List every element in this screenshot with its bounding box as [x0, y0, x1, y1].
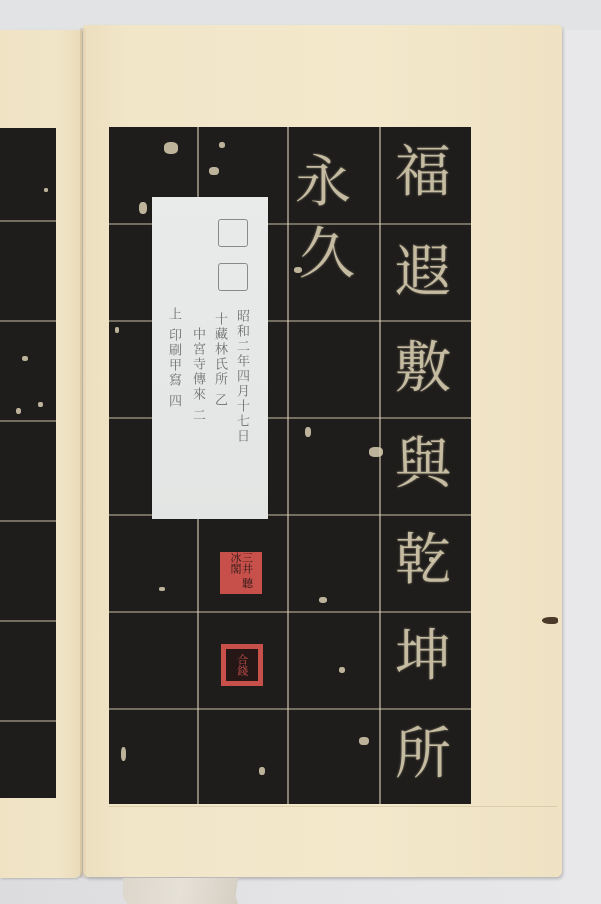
speck [121, 747, 126, 761]
rubbing-character: 敷 [395, 341, 451, 397]
grid-line [0, 720, 56, 722]
book-gutter [80, 28, 86, 878]
rubbing-character: 所 [395, 727, 451, 783]
grid-line [109, 611, 471, 613]
rubbing-character: 福 [395, 145, 451, 201]
speck [259, 767, 265, 775]
grid-line [287, 127, 289, 804]
speck [115, 327, 119, 333]
left-page [0, 30, 82, 878]
blank-box [218, 263, 248, 291]
speck [359, 737, 369, 745]
speck [319, 597, 327, 603]
rubbing-character: 永 [295, 155, 351, 211]
speck [16, 408, 21, 414]
grid-line [0, 520, 56, 522]
handwritten-label-slip: 昭和二年四月十七日 十藏林氏所 乙 中宮寺傳來 二 上 印刷甲寫 四 [152, 197, 268, 519]
slip-text-column: 昭和二年四月十七日 [232, 309, 251, 444]
speck [164, 142, 178, 154]
tape-fragment [123, 878, 238, 904]
speck [44, 188, 48, 192]
rubbing-character: 與 [395, 437, 451, 493]
speck [159, 587, 165, 591]
grid-line [0, 220, 56, 222]
speck [38, 402, 43, 407]
red-seal-bordered: 合錢 [221, 644, 263, 686]
slip-text-column: 上 印刷甲寫 四 [164, 307, 183, 409]
rubbing-character: 遐 [395, 245, 451, 301]
speck [219, 142, 225, 148]
slip-text-column: 中宮寺傳來 二 [188, 327, 207, 423]
red-seal-square: 三井 聽冰閣 [220, 552, 262, 594]
speck [209, 167, 219, 175]
rubbing-character: 乾 [395, 533, 451, 589]
blank-box [218, 219, 248, 247]
left-rubbing-panel [0, 128, 56, 798]
grid-line [109, 708, 471, 710]
speck [369, 447, 383, 457]
speck [305, 427, 311, 437]
rubbing-character: 久 [299, 227, 355, 283]
page-tab-mark [542, 617, 558, 624]
grid-line [0, 320, 56, 322]
grid-line [379, 127, 381, 804]
rubbing-character: 坤 [395, 629, 451, 685]
speck [139, 202, 147, 214]
grid-line [0, 420, 56, 422]
slip-text-column: 十藏林氏所 乙 [210, 312, 229, 408]
speck [339, 667, 345, 673]
grid-line [0, 620, 56, 622]
page-crease [109, 806, 557, 807]
speck [22, 356, 28, 361]
